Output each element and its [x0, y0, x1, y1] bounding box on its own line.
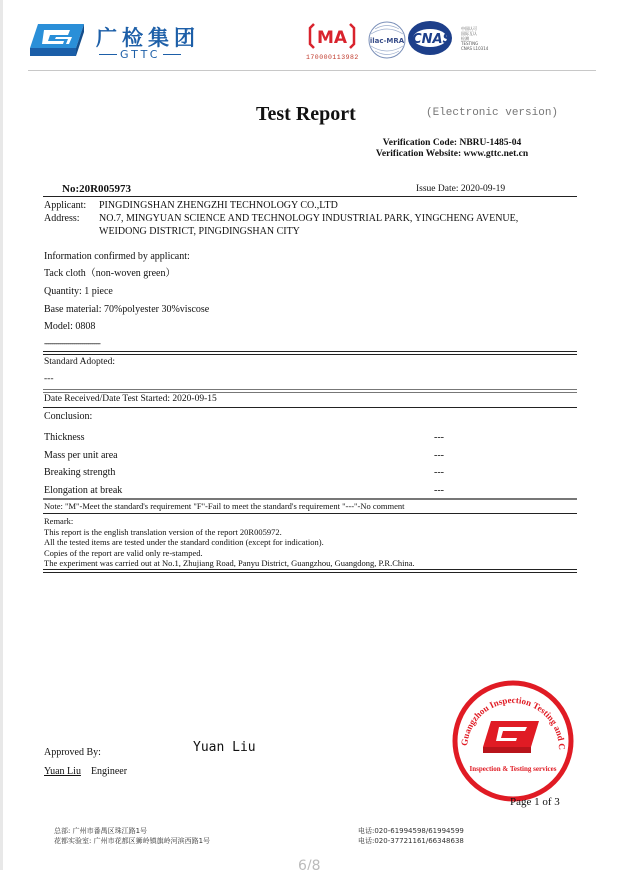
divider	[43, 196, 577, 197]
test-name: Elongation at break	[44, 485, 122, 496]
remark-line: The experiment was carried out at No.1, …	[44, 558, 415, 569]
cnas-icon: CNAS	[402, 20, 460, 56]
cma-number: 170000113982	[306, 54, 359, 61]
applicant-label: Applicant:	[44, 199, 86, 212]
standard-label: Standard Adopted:	[44, 357, 115, 367]
test-row: Thickness ---	[44, 432, 464, 443]
sample-info-heading: Information confirmed by applicant:	[44, 250, 190, 263]
standard-value: ---	[44, 374, 54, 384]
remark-line: Copies of the report are valid only re-s…	[44, 548, 415, 559]
footer-tel: 电话:020-61994598/61994599	[358, 826, 464, 836]
test-row: Breaking strength ---	[44, 467, 464, 478]
address-value: NO.7, MINGYUAN SCIENCE AND TECHNOLOGY IN…	[99, 212, 549, 238]
ilac-mra-icon: ilac-MRA	[367, 20, 407, 60]
applicant-value: PINGDINGSHAN ZHENGZHI TECHNOLOGY CO.,LTD	[99, 199, 338, 212]
remark-line: All the tested items are tested under th…	[44, 537, 415, 548]
cnas-caption-line: CNAS L10314	[461, 46, 488, 51]
svg-text:MA: MA	[317, 28, 348, 48]
cnas-caption: 中国认可 国际互认 检测 TESTING CNAS L10314	[461, 26, 488, 51]
page-number: Page 1 of 3	[510, 796, 560, 808]
test-name: Breaking strength	[44, 467, 115, 478]
sample-quantity: Quantity: 1 piece	[44, 285, 113, 298]
date-received: Date Received/Date Test Started: 2020-09…	[44, 394, 217, 404]
conclusion-label: Conclusion:	[44, 411, 92, 422]
test-row: Mass per unit area ---	[44, 450, 464, 461]
approver-name: Yuan Liu	[44, 766, 81, 777]
test-result: ---	[434, 485, 444, 496]
test-result: ---	[434, 450, 444, 461]
test-name: Mass per unit area	[44, 450, 118, 461]
test-result: ---	[434, 467, 444, 478]
sample-model: Model: 0808	[44, 320, 95, 333]
report-subtitle: (Electronic version)	[426, 107, 558, 119]
divider	[43, 498, 577, 500]
footer-addresses: 总部: 广州市番禺区珠江路1号 花都实验室: 广州市花都区狮岭镇旗岭河滨西路1号	[54, 826, 210, 846]
verification-block: Verification Code: NBRU-1485-04 Verifica…	[362, 138, 542, 160]
remark-line: This report is the english translation v…	[44, 527, 415, 538]
signature: Yuan Liu	[193, 740, 256, 755]
footer-lab: 花都实验室: 广州市花都区狮岭镇旗岭河滨西路1号	[54, 836, 210, 846]
company-stamp-icon: Guangzhou Inspection Testing and Certifi…	[447, 677, 577, 802]
cma-mark-icon: MA	[308, 22, 356, 50]
test-row: Elongation at break ---	[44, 485, 464, 496]
approver: Yuan LiuEngineer	[44, 766, 127, 777]
remark-label: Remark:	[44, 516, 415, 527]
note-text: Note: "M"-Meet the standard's requiremen…	[44, 501, 404, 511]
viewer-page-indicator: 6/8	[298, 858, 321, 870]
issue-date: Issue Date: 2020-09-19	[416, 184, 505, 194]
sample-name: Tack cloth（non-woven green）	[44, 267, 175, 280]
divider	[43, 407, 577, 408]
company-logo-subtext: GTTC	[96, 48, 184, 61]
svg-text:ilac-MRA: ilac-MRA	[370, 37, 405, 45]
svg-text:Inspection & Testing services: Inspection & Testing services	[470, 765, 557, 773]
header-divider	[28, 70, 596, 71]
gttc-logo-icon	[26, 20, 86, 60]
test-name: Thickness	[44, 432, 85, 443]
verification-website: Verification Website: www.gttc.net.cn	[362, 149, 542, 160]
footer-tel: 电话:020-37721161/66348638	[358, 836, 464, 846]
section-divider	[43, 569, 577, 573]
address-label: Address:	[44, 212, 80, 225]
verification-code: Verification Code: NBRU-1485-04	[362, 138, 542, 149]
logo-en-text: GTTC	[120, 48, 160, 61]
test-result: ---	[434, 432, 444, 443]
report-title: Test Report	[256, 103, 356, 126]
report-number: No:20R005973	[62, 183, 131, 195]
section-divider	[43, 351, 577, 355]
remark-block: Remark: This report is the english trans…	[44, 516, 415, 569]
footer-phones: 电话:020-61994598/61994599 电话:020-37721161…	[358, 826, 464, 846]
section-divider	[43, 389, 577, 393]
approved-by-label: Approved By:	[44, 747, 101, 758]
footer-hq: 总部: 广州市番禺区珠江路1号	[54, 826, 210, 836]
page-edge	[0, 0, 3, 870]
svg-text:CNAS: CNAS	[412, 32, 452, 47]
approver-role: Engineer	[91, 766, 127, 777]
sample-dashes: ----------------------------	[44, 338, 100, 348]
sample-material: Base material: 70%polyester 30%viscose	[44, 303, 209, 316]
divider	[43, 513, 577, 514]
